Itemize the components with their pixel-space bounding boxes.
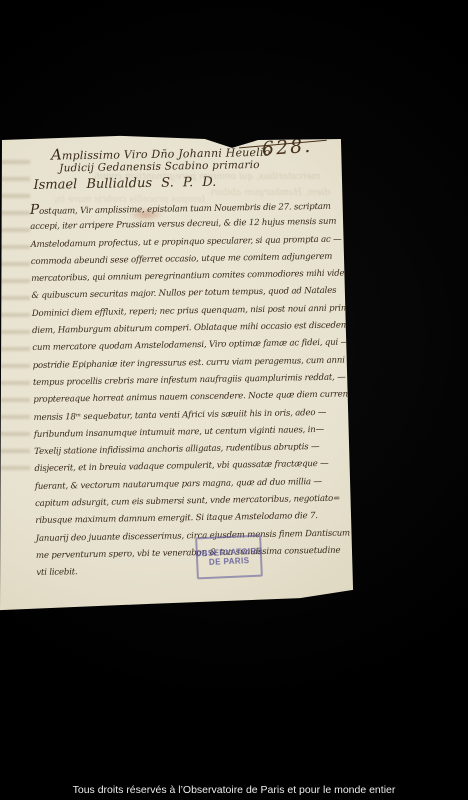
- observatoire-de-paris-stamp: OBSERVATOIRE DE PARIS: [195, 535, 263, 580]
- handwriting-layer: 628. Amplissimo Viro Dn̄o Johanni Heueli…: [0, 126, 364, 614]
- letter-body: Postquam, Vir amplissime, epistolam tuam…: [30, 196, 355, 582]
- letter-address-line: Judicij Gedanensis Scabino primario: [59, 159, 260, 174]
- copyright-caption: Tous droits réservés à l’Observatoire de…: [0, 784, 468, 796]
- manuscript-scan-view: mercatoribus, qui omnium peregrinantium …: [0, 0, 468, 800]
- stamp-text-line: DE PARIS: [209, 556, 250, 567]
- manuscript-page: mercatoribus, qui omnium peregrinantium …: [0, 132, 357, 614]
- letter-salutation-line: Ismael Bullialdus S. P. D.: [33, 175, 216, 193]
